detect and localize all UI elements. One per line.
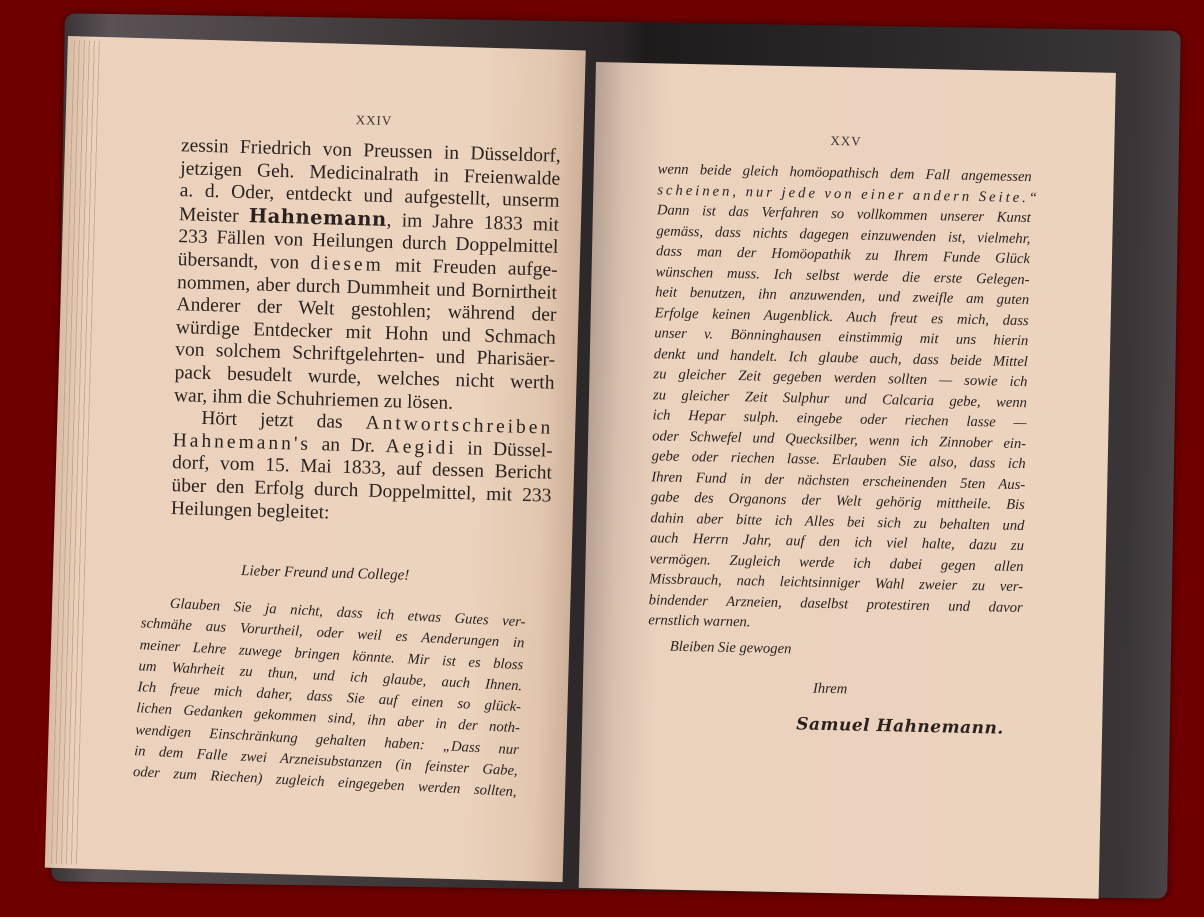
spaced-word: diesem <box>310 253 384 276</box>
text-fragment: in Düssel- <box>467 438 553 461</box>
letter-closing: Bleiben Sie gewogen <box>670 639 792 659</box>
page-number-left: XXIV <box>356 112 393 129</box>
text-fragment: übersandt, von <box>178 249 300 273</box>
text-fragment: , im Jahre 1833 mit <box>386 210 559 236</box>
hahnemann-bold-name: Hahnemann <box>248 204 387 231</box>
text-fragment: Meister <box>179 204 239 227</box>
page-number-right: XXV <box>830 133 862 150</box>
text-fragment: Hört jetzt das <box>201 408 343 433</box>
letter-salutation: Lieber Freund und College! <box>241 563 410 585</box>
spaced-word: Aegidi <box>385 436 457 459</box>
spaced-word: Antwortschreiben <box>365 413 553 439</box>
open-book: XXIV zessin Friedrich von Preussen in Dü… <box>0 0 1204 917</box>
spaced-word: Hahnemann's <box>172 430 311 455</box>
right-page: XXV wenn beide gleich homöopathisch dem … <box>579 62 1116 899</box>
left-page: XXIV zessin Friedrich von Preussen in Dü… <box>45 36 586 882</box>
signature: Samuel Hahnemann. <box>796 714 1004 738</box>
letter-body-right: wenn beide gleich homöopathisch dem Fall… <box>648 159 1032 638</box>
left-page-body: zessin Friedrich von Preussen in Düsseld… <box>171 135 562 531</box>
text-fragment: mit Freuden aufge- <box>395 255 558 281</box>
letter-body-left: Glauben Sie ja nicht, dass ich etwas Gut… <box>132 592 526 804</box>
text-fragment: an Dr. <box>321 434 375 456</box>
letter-closing-ihrem: Ihrem <box>813 681 848 699</box>
